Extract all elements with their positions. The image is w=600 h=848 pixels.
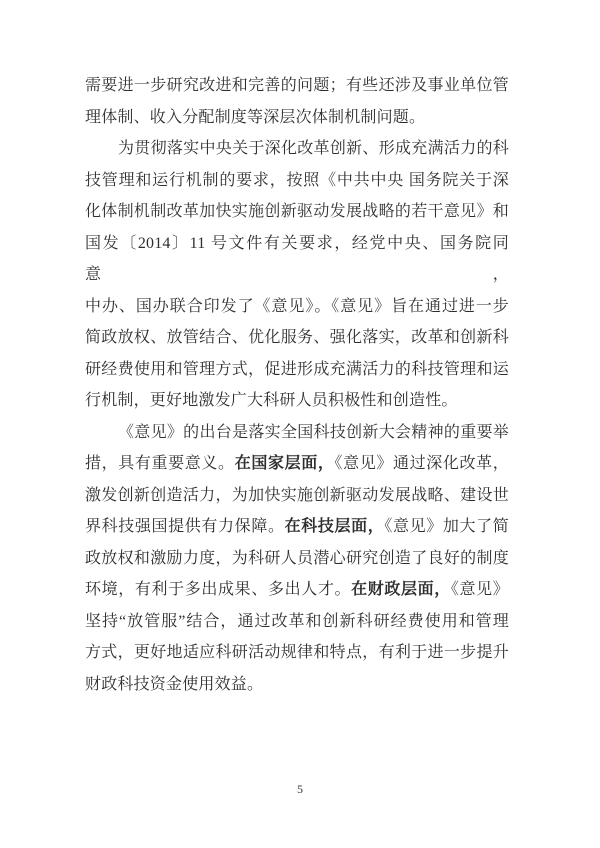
emphasis-text-run: 在财政层面， [351,581,451,598]
text-run: 界科技强国提供有力保障。 [85,518,285,535]
text-line: 化体制机制改革加快实施创新驱动发展战略的若干意见》和 [85,196,509,228]
text-run: 理体制、收入分配制度等深层次体制机制问题。 [85,109,425,126]
text-run: 需要进一步研究改进和完善的问题；有些还涉及事业单位管 [85,77,509,94]
text-line: 财政科技资金使用效益。 [85,669,509,701]
text-line: 理体制、收入分配制度等深层次体制机制问题。 [85,102,509,134]
paragraph: 《意见》的出台是落实全国科技创新大会精神的重要举措，具有重要意义。在国家层面，《… [85,417,509,701]
text-line: 国发〔2014〕11 号文件有关要求，经党中央、国务院同意， [85,228,509,291]
text-line: 简政放权、放管结合、优化服务、强化落实，改革和创新科 [85,322,509,354]
text-run: 措，具有重要意义。 [85,455,235,472]
text-run: 财政科技资金使用效益。 [85,676,263,693]
text-run: 激发创新创造活力，为加快实施创新驱动发展战略、建设世 [85,487,509,504]
text-line: 中办、国办联合印发了《意见》。《意见》旨在通过进一步 [85,291,509,323]
text-run: 国发〔2014〕11 号文件有关要求，经党中央、国务院同意， [85,235,509,284]
text-run: 行机制，更好地激发广大科研人员积极性和创造性。 [85,392,458,409]
text-run: 《意见》的出台是落实全国科技创新大会精神的重要举 [118,424,509,441]
text-line: 行机制，更好地激发广大科研人员积极性和创造性。 [85,385,509,417]
text-run: 简政放权、放管结合、优化服务、强化落实，改革和创新科 [85,329,509,346]
text-run: 政放权和激励力度，为科研人员潜心研究创造了良好的制度 [85,550,509,567]
emphasis-text-run: 在科技层面， [285,518,385,535]
text-line: 措，具有重要意义。在国家层面，《意见》通过深化改革， [85,448,509,480]
text-line: 需要进一步研究改进和完善的问题；有些还涉及事业单位管 [85,70,509,102]
text-line: 坚持“放管服”结合，通过改革和创新科研经费使用和管理 [85,606,509,638]
text-line: 界科技强国提供有力保障。在科技层面，《意见》加大了简 [85,511,509,543]
text-line: 研经费使用和管理方式，促进形成充满活力的科技管理和运 [85,354,509,386]
text-run: 化体制机制改革加快实施创新驱动发展战略的若干意见》和 [85,203,509,220]
text-line: 为贯彻落实中央关于深化改革创新、形成充满活力的科 [85,133,509,165]
text-line: 激发创新创造活力，为加快实施创新驱动发展战略、建设世 [85,480,509,512]
paragraph: 需要进一步研究改进和完善的问题；有些还涉及事业单位管理体制、收入分配制度等深层次… [85,70,509,133]
page-number: 5 [297,782,303,796]
text-run: 中办、国办联合印发了《意见》。《意见》旨在通过进一步 [85,298,509,315]
text-block: 需要进一步研究改进和完善的问题；有些还涉及事业单位管理体制、收入分配制度等深层次… [85,70,509,700]
text-line: 方式，更好地适应科研活动规律和特点，有利于进一步提升 [85,637,509,669]
text-run: 方式，更好地适应科研活动规律和特点，有利于进一步提升 [85,644,509,661]
text-run: 为贯彻落实中央关于深化改革创新、形成充满活力的科 [118,140,509,157]
text-line: 技管理和运行机制的要求，按照《中共中央 国务院关于深 [85,165,509,197]
text-run: 环境，有利于多出成果、多出人才。 [85,581,351,598]
text-run: 研经费使用和管理方式，促进形成充满活力的科技管理和运 [85,361,509,378]
text-run: 坚持“放管服”结合，通过改革和创新科研经费使用和管理 [85,613,509,630]
text-line: 政放权和激励力度，为科研人员潜心研究创造了良好的制度 [85,543,509,575]
text-line: 《意见》的出台是落实全国科技创新大会精神的重要举 [85,417,509,449]
document-page: 需要进一步研究改进和完善的问题；有些还涉及事业单位管理体制、收入分配制度等深层次… [0,0,600,848]
emphasis-text-run: 在国家层面， [235,455,335,472]
text-run: 《意见》通过深化改革， [334,455,509,472]
paragraph: 为贯彻落实中央关于深化改革创新、形成充满活力的科技管理和运行机制的要求，按照《中… [85,133,509,417]
text-run: 技管理和运行机制的要求，按照《中共中央 国务院关于深 [85,172,509,189]
text-line: 环境，有利于多出成果、多出人才。在财政层面，《意见》 [85,574,509,606]
text-run: 《意见》 [451,581,509,598]
text-run: 《意见》加大了简 [384,518,509,535]
page-footer: 5 [0,780,600,798]
